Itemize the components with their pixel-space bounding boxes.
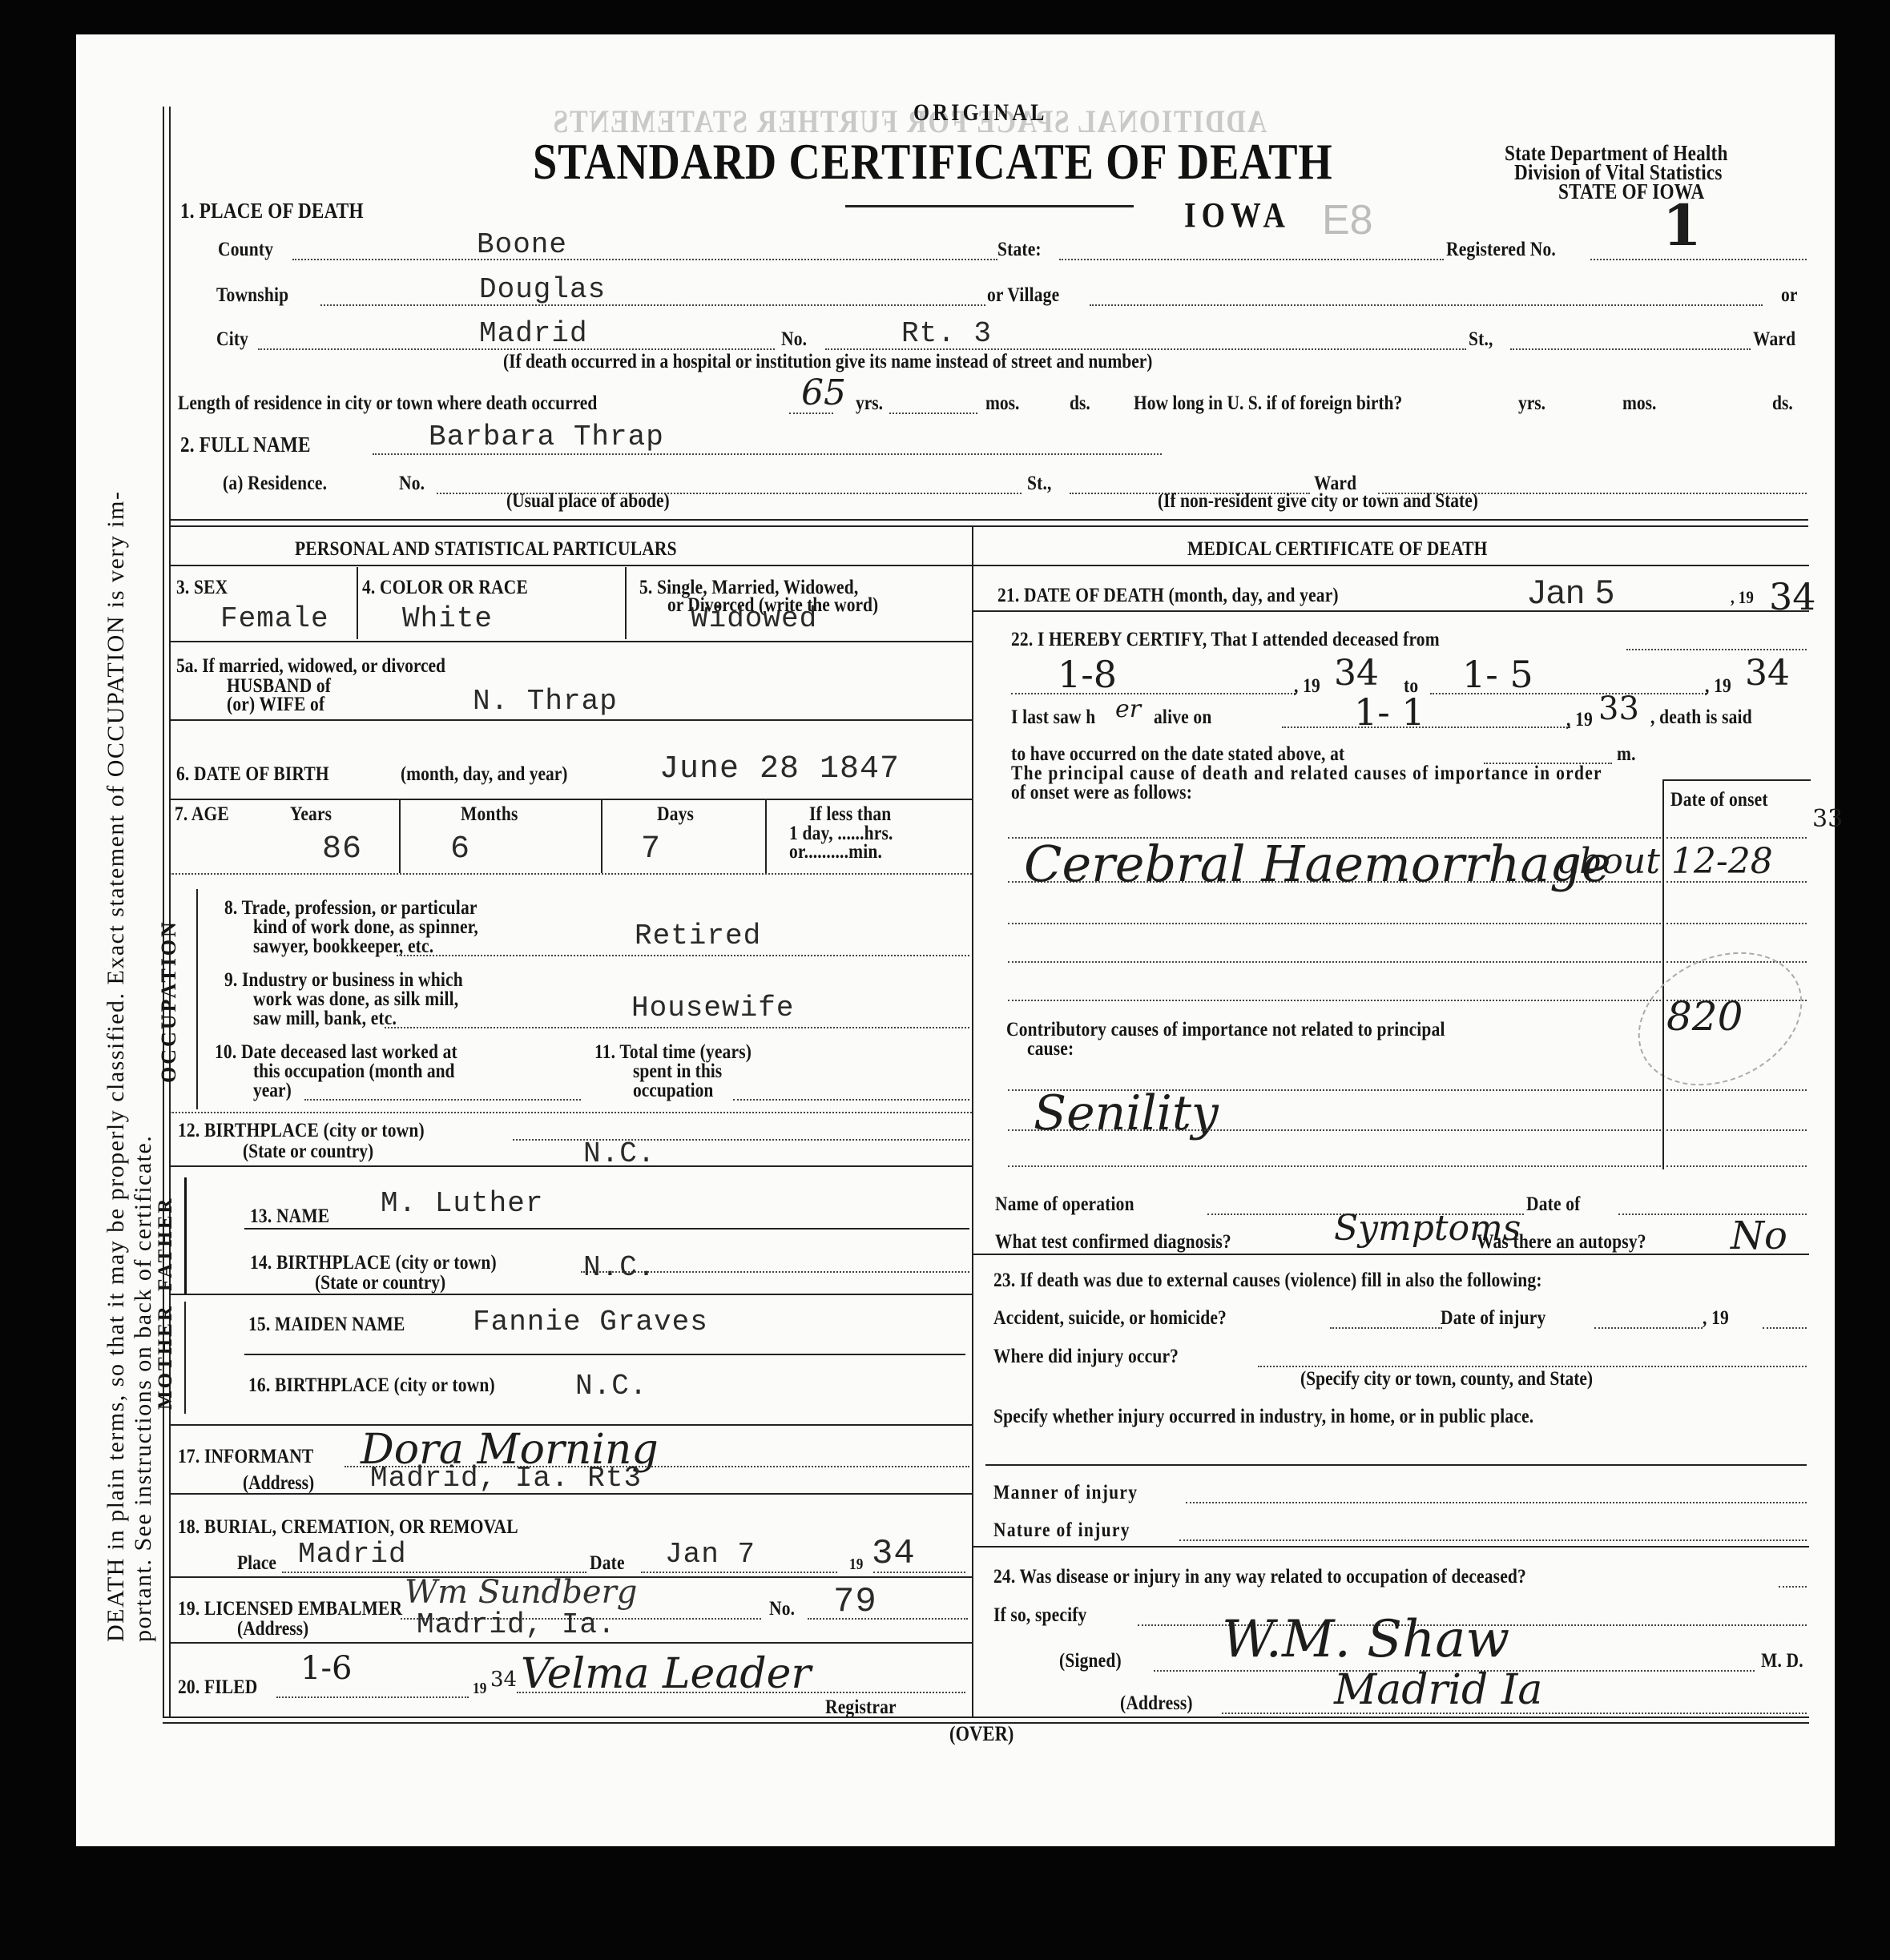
contrib-line-2 [1008, 1129, 1661, 1131]
days-hrs-divider [765, 799, 767, 873]
marital-value: Widowed [691, 602, 817, 635]
mother-side-divider [184, 1302, 186, 1414]
residence-length-years: 65 [801, 372, 846, 413]
registered-no-value: 1 [1662, 192, 1702, 259]
last-worked-label-3: year) [253, 1080, 292, 1102]
last-saw-line [1282, 726, 1570, 728]
county-line [292, 259, 997, 260]
father-name-label: 13. NAME [250, 1205, 329, 1228]
embalmer-address-label: (Address) [237, 1618, 308, 1640]
injury-year-line [1763, 1327, 1807, 1329]
last-saw-date: 1- 1 [1354, 690, 1425, 734]
burial-label: 18. BURIAL, CREMATION, OR REMOVAL [178, 1516, 518, 1539]
nonresident-note: (If non-resident give city or town and S… [1158, 490, 1478, 513]
embalmer-address-value: Madrid, Ia. [417, 1608, 616, 1641]
right-header-line [972, 565, 1809, 566]
informant-address-label: (Address) [243, 1472, 314, 1495]
village-label: or Village [987, 284, 1059, 307]
or-label: or [1781, 284, 1798, 307]
embalmer-no-line [808, 1618, 968, 1620]
certify-label: 22. I HEREBY CERTIFY, That I attended de… [1011, 629, 1440, 651]
onset-header: Date of onset [1670, 789, 1768, 811]
state-label: IOWA [1184, 195, 1291, 235]
embalmer-no-value: 79 [833, 1582, 877, 1622]
over-label: (OVER) [949, 1722, 1014, 1746]
occupation-side-divider [196, 889, 198, 1109]
m-label: m. [1617, 743, 1636, 766]
operation-bottom-line [972, 1254, 1809, 1255]
months-label: Months [461, 803, 518, 826]
nature-bottom-line [972, 1546, 1809, 1547]
trade-line [397, 955, 969, 956]
row12-bottom-line [170, 1165, 972, 1167]
row7-bottom-line [170, 873, 972, 875]
registrar-label: Registrar [825, 1696, 897, 1719]
central-divider [972, 525, 973, 1717]
left-border-inner [169, 107, 171, 1717]
filed-line [276, 1696, 469, 1698]
bottom-border-top [163, 1717, 1809, 1718]
sex-label: 3. SEX [176, 577, 228, 599]
contrib-onset-divider [1662, 1041, 1664, 1169]
months-value: 6 [450, 831, 470, 867]
foreign-mos-label: mos. [1622, 392, 1656, 415]
years-value: 86 [322, 831, 362, 867]
months-days-divider [601, 799, 602, 873]
father-birthplace-label-2: (State or country) [315, 1272, 445, 1294]
where-label: Where did injury occur? [993, 1346, 1179, 1368]
row6-bottom-line [170, 799, 972, 800]
medical-section-title: MEDICAL CERTIFICATE OF DEATH [1187, 538, 1488, 561]
township-line [320, 304, 985, 306]
burial-date-line [641, 1572, 837, 1573]
external-label: 23. If death was due to external causes … [993, 1270, 1542, 1292]
township-value: Douglas [479, 273, 606, 306]
specify-line [985, 1464, 1807, 1466]
attended-from-year-prefix: , 19 [1294, 675, 1320, 698]
occupation-related-label: 24. Was disease or injury in any way rel… [993, 1566, 1526, 1588]
mother-name-label: 15. MAIDEN NAME [248, 1314, 405, 1336]
sex-value: Female [220, 602, 329, 635]
last-saw-pronoun: er [1115, 695, 1141, 723]
cause-line-4 [1008, 961, 1661, 963]
city-label: City [216, 328, 248, 351]
embalmer-value: Wm Sundberg [405, 1574, 637, 1611]
onset-line-3 [1666, 923, 1807, 924]
residence-st-label: St., [1027, 473, 1052, 495]
no-label: No. [781, 328, 807, 351]
attended-to-year: 34 [1745, 653, 1790, 694]
abode-note: (Usual place of abode) [506, 490, 670, 513]
onset-year-note: 33 [1812, 805, 1843, 833]
mother-name-line [244, 1354, 965, 1355]
dob-hint: (month, day, and year) [401, 763, 567, 786]
nature-line [1179, 1539, 1807, 1541]
where-line [1258, 1366, 1807, 1367]
manner-line [1186, 1502, 1807, 1503]
father-birthplace-label-1: 14. BIRTHPLACE (city or town) [250, 1252, 497, 1274]
mos-line [889, 413, 977, 414]
race-value: White [402, 602, 493, 635]
industry-line [385, 1027, 969, 1028]
foreign-yrs-label: yrs. [1518, 392, 1545, 415]
informant-address-value: Madrid, Ia. Rt3 [370, 1462, 642, 1495]
st-label: St., [1469, 328, 1493, 351]
ds-label: ds. [1070, 392, 1090, 415]
no-value: Rt. 3 [901, 317, 992, 350]
where-note: (Specify city or town, county, and State… [1300, 1368, 1593, 1391]
page-title: STANDARD CERTIFICATE OF DEATH [533, 132, 1333, 191]
village-line [1090, 304, 1763, 306]
years-label: Years [290, 803, 332, 826]
industry-value: Housewife [631, 992, 794, 1024]
race-label: 4. COLOR OR RACE [362, 577, 528, 599]
dob-value: June 28 1847 [659, 751, 900, 787]
dob-label: 6. DATE OF BIRTH [176, 763, 329, 786]
address-value: Madrid Ia [1334, 1666, 1542, 1714]
informant-label: 17. INFORMANT [178, 1446, 313, 1468]
occupation-side-label: OCCUPATION [157, 920, 181, 1083]
contrib-line-3 [1008, 1165, 1661, 1167]
embalmer-label: 19. LICENSED EMBALMER [178, 1598, 402, 1620]
section-divider-bottom [170, 525, 1808, 527]
industry-label-3: saw mill, bank, etc. [253, 1008, 397, 1030]
place-of-death-label: 1. PLACE OF DEATH [180, 199, 364, 223]
hospital-note: (If death occurred in a hospital or inst… [503, 351, 1152, 373]
personal-section-title: PERSONAL AND STATISTICAL PARTICULARS [295, 538, 677, 561]
accident-line [1330, 1327, 1442, 1329]
manner-label: Manner of injury [993, 1482, 1138, 1504]
registered-no-label: Registered No. [1446, 239, 1556, 261]
injury-date-label: Date of injury [1441, 1307, 1545, 1330]
contributory-label-2: cause: [1027, 1038, 1074, 1060]
race-marital-divider [625, 567, 627, 639]
mother-name-value: Fannie Graves [473, 1306, 708, 1338]
filed-label: 20. FILED [178, 1676, 258, 1699]
row5a-bottom-line [170, 719, 972, 721]
dod-year-prefix: , 19 [1731, 587, 1754, 608]
less-than-3: or..........min. [789, 841, 882, 863]
occupation-bottom-line [170, 1112, 972, 1113]
injury-date-line [1594, 1327, 1703, 1329]
embalmer-no-label: No. [769, 1598, 795, 1620]
spouse-label-1: 5a. If married, widowed, or divorced [176, 655, 445, 678]
specify-label: Specify whether injury occurred in indus… [993, 1406, 1533, 1428]
days-value: 7 [641, 831, 661, 867]
ward-label: Ward [1753, 328, 1795, 351]
days-label: Days [657, 803, 694, 826]
principal-cause: Cerebral Haemorrhage [1024, 835, 1611, 893]
burial-year-prefix: 19 [849, 1556, 864, 1574]
burial-date-label: Date [590, 1552, 625, 1575]
spouse-value: N. Thrap [473, 685, 618, 718]
yrs-label: yrs. [856, 392, 883, 415]
md-label: M. D. [1761, 1650, 1803, 1672]
county-value: Boone [477, 228, 567, 261]
cause-line-5 [1008, 1000, 1661, 1001]
original-label: ORIGINAL [913, 99, 1048, 127]
birthplace-line [513, 1139, 969, 1141]
st-line [1510, 348, 1751, 350]
foreign-birth-label: How long in U. S. if of foreign birth? [1134, 392, 1402, 415]
county-label: County [218, 239, 273, 261]
margin-note-line1: DEATH in plain terms, so that it may be … [103, 491, 130, 1643]
address-label: (Address) [1120, 1692, 1193, 1715]
registered-no-line [1590, 259, 1807, 260]
father-bottom-line [170, 1294, 972, 1295]
burial-date-value: Jan 7 [665, 1538, 756, 1571]
dod-value: Jan 5 [1529, 573, 1615, 611]
residence-length-label: Length of residence in city or town wher… [178, 392, 597, 415]
residence-label: (a) Residence. [223, 473, 327, 495]
mother-side-label: MOTHER [155, 1304, 177, 1410]
stamp-note: 820 [1666, 993, 1743, 1040]
attended-from-year: 34 [1334, 653, 1379, 694]
occupation-related-line [1779, 1586, 1807, 1588]
accident-label: Accident, suicide, or homicide? [993, 1307, 1227, 1330]
signed-label: (Signed) [1059, 1650, 1122, 1672]
mother-birthplace-value: N.C. [575, 1370, 647, 1403]
operation-label: Name of operation [995, 1193, 1134, 1216]
if-so-label: If so, specify [993, 1604, 1086, 1627]
informant-bottom-line [170, 1493, 972, 1495]
section-divider-top [170, 519, 1808, 521]
age-label: 7. AGE [175, 803, 229, 826]
contrib-onset-line-3 [1666, 1165, 1807, 1167]
row3-bottom-line [170, 641, 972, 642]
attended-to-year-prefix: , 19 [1705, 675, 1731, 698]
cause-line-3 [1008, 923, 1661, 924]
attended-to-value: 1- 5 [1462, 653, 1533, 696]
injury-year-prefix: , 19 [1703, 1307, 1729, 1330]
autopsy-label: Was there an autopsy? [1477, 1231, 1646, 1254]
nature-label: Nature of injury [993, 1519, 1130, 1542]
last-saw-year: 33 [1598, 690, 1639, 727]
full-name-label: 2. FULL NAME [180, 433, 311, 457]
onset-header-line [1662, 779, 1811, 781]
father-side-label: FATHER [155, 1197, 177, 1291]
residence-no-label: No. [399, 473, 425, 495]
burial-place-value: Madrid [298, 1538, 407, 1571]
operation-date-label: Date of [1526, 1193, 1580, 1216]
total-time-label-3: occupation [633, 1080, 713, 1102]
title-underline [845, 205, 1134, 207]
margin-note-line2: portant. See instructions on back of cer… [130, 1135, 157, 1642]
years-months-divider [399, 799, 401, 873]
sex-race-divider [357, 567, 358, 639]
total-time-line [733, 1099, 969, 1101]
full-name-value: Barbara Thrap [429, 421, 664, 453]
last-worked-line [304, 1099, 581, 1101]
trade-value: Retired [635, 920, 761, 952]
principal-label-2: of onset were as follows: [1011, 782, 1192, 804]
father-name-value: M. Luther [381, 1187, 543, 1220]
signed-value: W.M. Shaw [1222, 1610, 1509, 1669]
state-field-label: State: [997, 239, 1042, 261]
onset-line-1 [1666, 837, 1807, 839]
mos-label: mos. [985, 392, 1019, 415]
last-saw-label-1: I last saw h [1011, 706, 1095, 729]
last-saw-year-prefix: , 19 [1566, 709, 1593, 731]
autopsy-value: No [1731, 1213, 1787, 1258]
filed-year-value: 34 [490, 1668, 517, 1692]
father-birthplace-value: N.C. [583, 1251, 655, 1284]
test-label: What test confirmed diagnosis? [995, 1231, 1231, 1254]
filed-value: 1-6 [300, 1650, 352, 1687]
burial-place-label: Place [237, 1552, 276, 1575]
mother-birthplace-label: 16. BIRTHPLACE (city or town) [248, 1374, 495, 1397]
contrib-onset-line-2 [1666, 1129, 1807, 1131]
contributory-value: Senility [1034, 1085, 1219, 1141]
contrib-onset-line-1 [1666, 1089, 1807, 1091]
city-value: Madrid [479, 317, 588, 350]
father-name-line [244, 1228, 969, 1230]
attended-from-line [1011, 693, 1296, 694]
row21-bottom-line [972, 610, 1809, 612]
birthplace-label-2: (State or country) [243, 1141, 373, 1163]
filed-year-prefix: 19 [473, 1680, 487, 1698]
left-border-outer [163, 107, 164, 1717]
father-side-divider [184, 1177, 187, 1294]
spouse-label-3: (or) WIFE of [227, 694, 324, 716]
death-said-label: , death is said [1650, 706, 1752, 729]
township-label: Township [216, 284, 288, 307]
birthplace-label-1: 12. BIRTHPLACE (city or town) [178, 1120, 425, 1142]
stamp-code: E8 [1322, 196, 1373, 244]
foreign-ds-label: ds. [1772, 392, 1793, 415]
full-name-line [373, 453, 1162, 455]
left-header-line [170, 565, 972, 566]
state-line [1059, 259, 1444, 260]
last-saw-label-2: alive on [1154, 706, 1211, 729]
attended-from-value: 1-8 [1058, 653, 1117, 696]
registrar-signature: Velma Leader [521, 1650, 811, 1698]
burial-year-value: 34 [872, 1534, 916, 1574]
certify-line [1626, 649, 1807, 650]
embalmer-bottom-line [170, 1642, 972, 1644]
dod-label: 21. DATE OF DEATH (month, day, and year) [997, 585, 1339, 607]
burial-place-line [282, 1572, 586, 1573]
onset-value: about 12-28 [1558, 841, 1773, 882]
